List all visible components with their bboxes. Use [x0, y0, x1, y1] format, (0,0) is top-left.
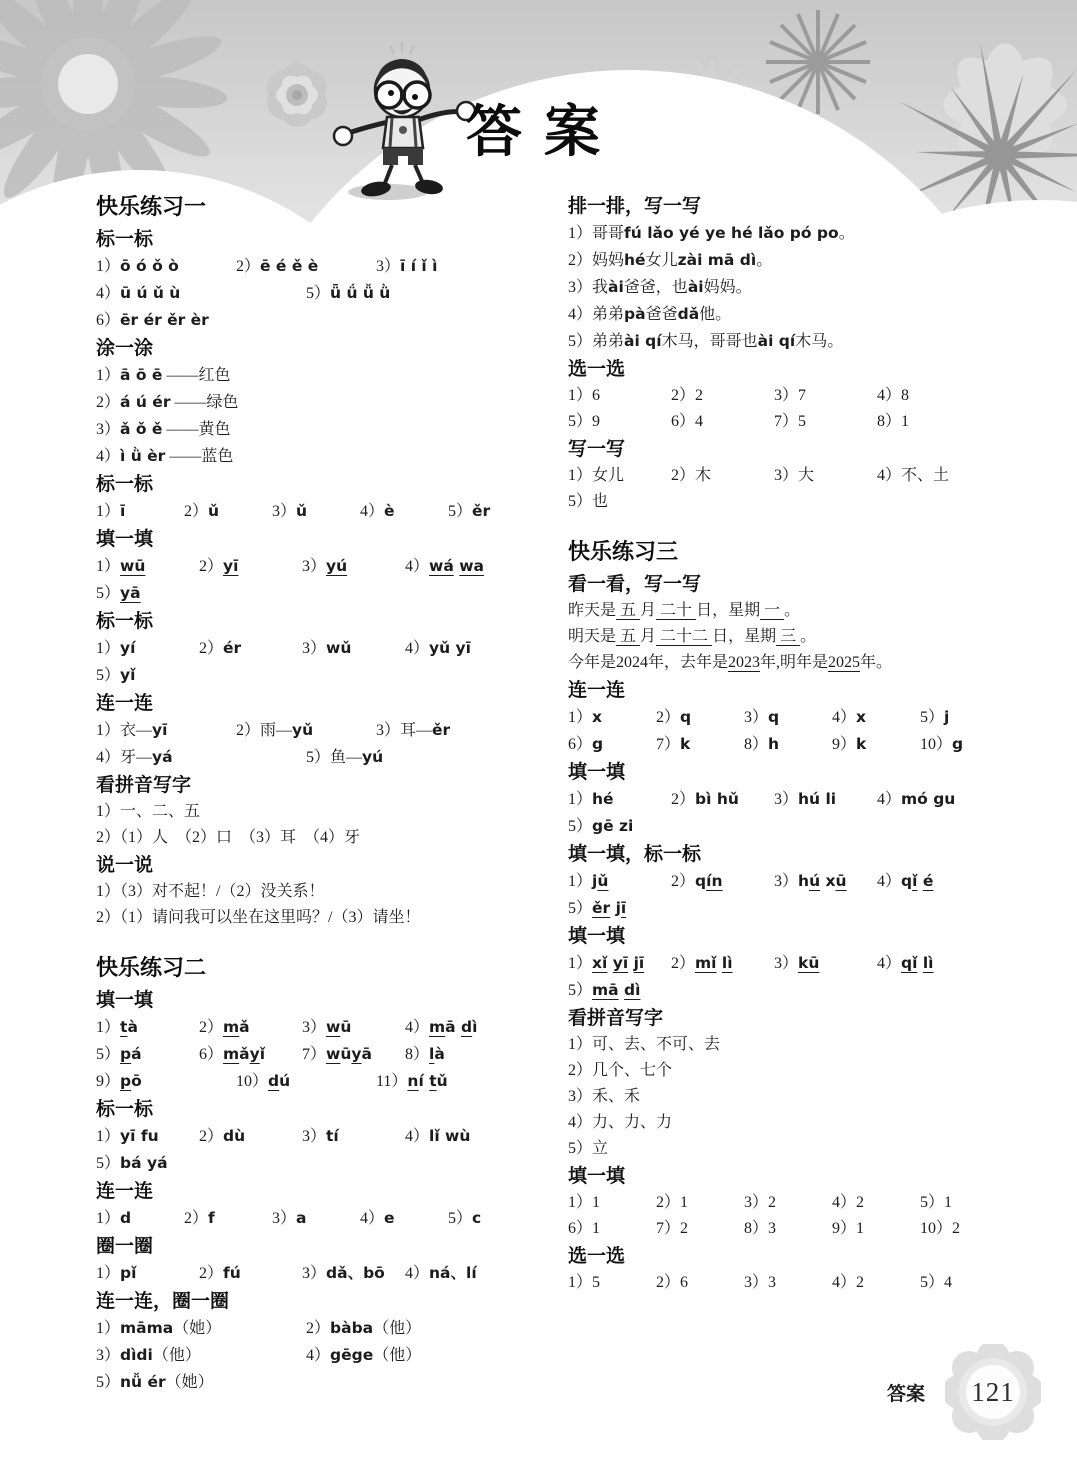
answer-cell: 4）mó gu: [877, 786, 980, 813]
block-heading: 填一填: [568, 761, 1014, 783]
answer-line: 1）wū2）yī3）yú4）wá wa: [96, 553, 542, 580]
answer-cell: 2）bàba（他）: [306, 1315, 516, 1342]
answer-cell: 4）wá wa: [405, 553, 508, 580]
answer-cell: 4）2: [832, 1270, 920, 1296]
answer-cell: 4）e: [360, 1205, 448, 1232]
answer-line: 5）bá yá: [96, 1150, 542, 1177]
block-heading: 填一填: [568, 925, 1014, 947]
block-heading: 连一连，圈一圈: [96, 1290, 542, 1312]
answer-cell: 6）4: [671, 409, 774, 435]
answer-line: 1）yí2）ér3）wǔ4）yǔ yī: [96, 635, 542, 662]
block-heading: 连一连: [96, 1180, 542, 1202]
answer-cell: 4）gēge（他）: [306, 1342, 516, 1369]
answer-cell: 3）dǎ、bō: [302, 1260, 405, 1287]
answer-cell: 3）2: [744, 1190, 832, 1216]
answer-cell: 11）ní tǔ: [376, 1068, 516, 1095]
answer-cell: 1）x: [568, 704, 656, 731]
answer-line: 1）tà2）mǎ3）wū4）mā dì: [96, 1014, 542, 1041]
exercise-title: 快乐练习一: [96, 194, 542, 222]
answer-line: 1）d2）f3）a4）e5）c: [96, 1205, 542, 1232]
answer-line: 5）也: [568, 489, 1014, 515]
answer-line: 5）mā dì: [568, 977, 1014, 1004]
answer-line: 4）牙—yá5）鱼—yú: [96, 744, 542, 771]
answer-line: 1）一、二、五: [96, 799, 542, 825]
answer-cell: 3）dìdi（他）: [96, 1342, 306, 1369]
block-heading: 标一标: [96, 228, 542, 250]
answer-line: 1）ō ó ǒ ò2）ē é ě è3）ī í ǐ ì: [96, 253, 542, 280]
answer-line: 4）ū ú ǔ ù5）ǖ ǘ ǚ ǜ: [96, 280, 542, 307]
answer-cell: 5）c: [448, 1205, 536, 1232]
answer-cell: 3）耳—ěr: [376, 717, 516, 744]
answer-cell: 5）nǚ ér（她）: [96, 1369, 214, 1396]
answer-line: 3）禾、禾: [568, 1084, 1014, 1110]
answer-cell: 8）1: [877, 409, 980, 435]
answer-line: 2）妈妈hé女儿zài mā dì。: [568, 247, 1014, 274]
answer-cell: 2）f: [184, 1205, 272, 1232]
left-column: 快乐练习一标一标1）ō ó ǒ ò2）ē é ě è3）ī í ǐ ì4）ū ú…: [96, 192, 542, 1396]
answer-line: 1）māma（她）2）bàba（他）: [96, 1315, 542, 1342]
answer-cell: 1）ī: [96, 498, 184, 525]
answer-line: 3）ǎ ǒ ě ——黄色: [96, 416, 542, 443]
answer-cell: 1）tà: [96, 1014, 199, 1041]
block-heading: 填一填: [96, 989, 542, 1011]
answer-cell: 6）ēr ér ěr èr: [96, 307, 209, 334]
answer-cell: 10）g: [920, 731, 1008, 758]
answer-line: 2）á ú ér ——绿色: [96, 389, 542, 416]
answer-cell: 3）ī í ǐ ì: [376, 253, 516, 280]
answer-line: 3）我ài爸爸，也ài妈妈。: [568, 274, 1014, 301]
answer-line: 1）yī fu2）dù3）tí4）lǐ wù: [96, 1123, 542, 1150]
answer-cell: 4）不、土: [877, 463, 980, 489]
answer-cell: 7）wūyā: [302, 1041, 405, 1068]
answer-cell: 1）hé: [568, 786, 671, 813]
answer-line: 5）ěr jī: [568, 895, 1014, 922]
answer-line: 1）hé2）bì hǔ3）hú li4）mó gu: [568, 786, 1014, 813]
answer-cell: 2）dù: [199, 1123, 302, 1150]
answer-cell: 5）pá: [96, 1041, 199, 1068]
answer-cell: 8）là: [405, 1041, 508, 1068]
answer-line: 1）xǐ yī jī2）mǐ lì3）kū4）qǐ lì: [568, 950, 1014, 977]
answer-cell: 4）lǐ wù: [405, 1123, 508, 1150]
answer-cell: 2）ér: [199, 635, 302, 662]
answer-line: 1）52）63）34）25）4: [568, 1270, 1014, 1296]
answer-cell: 4）x: [832, 704, 920, 731]
exercise-title: 快乐练习三: [568, 539, 1014, 567]
block-heading: 看拼音写字: [568, 1007, 1014, 1029]
block-heading: 圈一圈: [96, 1235, 542, 1257]
answer-cell: 5）ěr: [448, 498, 536, 525]
answer-cell: 1）wū: [96, 553, 199, 580]
answer-cell: 1）5: [568, 1270, 656, 1296]
block-heading: 选一选: [568, 358, 1014, 380]
exercise-title: 快乐练习二: [96, 955, 542, 983]
answer-cell: 2）6: [656, 1270, 744, 1296]
answer-line: 昨天是 五 月 二十 日，星期 一 。: [568, 598, 1014, 624]
answer-cell: 10）dú: [236, 1068, 376, 1095]
starburst-icon: [766, 10, 870, 114]
block-heading: 说一说: [96, 854, 542, 876]
answer-line: 5）立: [568, 1136, 1014, 1162]
answers-content: 快乐练习一标一标1）ō ó ǒ ò2）ē é ě è3）ī í ǐ ì4）ū ú…: [96, 192, 1046, 1396]
answer-cell: 4）qǐ é: [877, 868, 980, 895]
answer-cell: 2）1: [656, 1190, 744, 1216]
answer-line: 5）弟弟ài qí木马，哥哥也ài qí木马。: [568, 328, 1014, 355]
answer-cell: 5）bá yá: [96, 1150, 199, 1177]
answer-cell: 2）ē é ě è: [236, 253, 376, 280]
answer-cell: 9）pō: [96, 1068, 236, 1095]
right-column: 排一排，写一写1）哥哥fú lǎo yé ye hé lǎo pó po。2）妈…: [568, 192, 1014, 1396]
answer-cell: 1）pǐ: [96, 1260, 199, 1287]
answer-line: 1）62）23）74）8: [568, 383, 1014, 409]
block-heading: 标一标: [96, 473, 542, 495]
answer-line: 1）x2）q3）q4）x5）j: [568, 704, 1014, 731]
answer-cell: 1）yí: [96, 635, 199, 662]
answer-cell: 3）tí: [302, 1123, 405, 1150]
block-heading: 看拼音写字: [96, 774, 542, 796]
answer-line: 1）女儿2）木3）大4）不、土: [568, 463, 1014, 489]
answer-cell: 5）9: [568, 409, 671, 435]
answer-line: 1）jǔ2）qín3）hú xū4）qǐ é: [568, 868, 1014, 895]
answer-cell: 3）kū: [774, 950, 877, 977]
answer-cell: 3）wǔ: [302, 635, 405, 662]
answer-line: 1）12）13）24）25）1: [568, 1190, 1014, 1216]
answer-cell: 4）qǐ lì: [877, 950, 980, 977]
answer-line: 2）（1）人 （2）口 （3）耳 （4）牙: [96, 825, 542, 851]
answer-cell: 5）1: [920, 1190, 1008, 1216]
answer-cell: 4）yǔ yī: [405, 635, 508, 662]
answer-cell: 1）d: [96, 1205, 184, 1232]
answer-cell: 3）wū: [302, 1014, 405, 1041]
answer-cell: 5）ěr jī: [568, 895, 671, 922]
answer-cell: 4）ū ú ǔ ù: [96, 280, 306, 307]
answer-line: 3）dìdi（他）4）gēge（他）: [96, 1342, 542, 1369]
answer-cell: 7）k: [656, 731, 744, 758]
answer-line: 4）ì ǜ èr ——蓝色: [96, 443, 542, 470]
page-number-flower-badge: 121: [945, 1344, 1041, 1440]
answer-cell: 2）木: [671, 463, 774, 489]
mascot-illustration: [328, 40, 484, 204]
answer-cell: 3）7: [774, 383, 877, 409]
answer-cell: 2）fú: [199, 1260, 302, 1287]
answer-cell: 5）也: [568, 489, 671, 515]
block-heading: 涂一涂: [96, 337, 542, 359]
block-heading: 看一看，写一写: [568, 573, 1014, 595]
answer-cell: 5）j: [920, 704, 1008, 731]
answer-cell: 4）2: [832, 1190, 920, 1216]
answer-line: 1）哥哥fú lǎo yé ye hé lǎo pó po。: [568, 220, 1014, 247]
answer-line: 2）（1）请问我可以坐在这里吗？/（3）请坐！: [96, 905, 542, 931]
answer-cell: 3）大: [774, 463, 877, 489]
page-title: 答案: [466, 88, 622, 168]
answer-cell: 2）雨—yǔ: [236, 717, 376, 744]
answer-cell: 3）yú: [302, 553, 405, 580]
answer-cell: 8）h: [744, 731, 832, 758]
answer-cell: 5）yǐ: [96, 662, 199, 689]
answer-cell: 4）mā dì: [405, 1014, 508, 1041]
answer-cell: 8）3: [744, 1216, 832, 1242]
answer-cell: 5）yā: [96, 580, 199, 607]
answer-line: 6）g7）k8）h9）k10）g: [568, 731, 1014, 758]
answer-cell: 7）2: [656, 1216, 744, 1242]
block-heading: 填一填，标一标: [568, 843, 1014, 865]
answer-line: 5）96）47）58）1: [568, 409, 1014, 435]
answer-cell: 1）māma（她）: [96, 1315, 306, 1342]
answer-line: 今年是2024年，去年是2023年,明年是2025年。: [568, 650, 1014, 676]
answer-line: 5）nǚ ér（她）: [96, 1369, 542, 1396]
block-heading: 填一填: [96, 528, 542, 550]
page-number: 121: [945, 1344, 1041, 1440]
answer-cell: 2）q: [656, 704, 744, 731]
answer-cell: 5）gē zi: [568, 813, 671, 840]
answer-cell: 1）ō ó ǒ ò: [96, 253, 236, 280]
answer-cell: 2）yī: [199, 553, 302, 580]
answer-line: 4）弟弟pà爸爸dǎ他。: [568, 301, 1014, 328]
answer-cell: 9）1: [832, 1216, 920, 1242]
answer-cell: 6）g: [568, 731, 656, 758]
block-heading: 标一标: [96, 610, 542, 632]
answer-line: 6）17）28）39）110）2: [568, 1216, 1014, 1242]
answer-line: 5）pá6）mǎyǐ7）wūyā8）là: [96, 1041, 542, 1068]
answer-line: 1）ī2）ǔ3）ǔ4）è5）ěr: [96, 498, 542, 525]
answer-cell: 2）qín: [671, 868, 774, 895]
answer-line: 4）力、力、力: [568, 1110, 1014, 1136]
answer-cell: 3）a: [272, 1205, 360, 1232]
block-heading: 排一排，写一写: [568, 195, 1014, 217]
answer-line: 5）yǐ: [96, 662, 542, 689]
page-footer: 答案 121: [887, 1344, 1041, 1440]
answer-cell: 3）q: [744, 704, 832, 731]
answer-cell: 5）mā dì: [568, 977, 671, 1004]
answer-line: 5）gē zi: [568, 813, 1014, 840]
answer-line: 5）yā: [96, 580, 542, 607]
block-heading: 连一连: [96, 692, 542, 714]
answer-cell: 4）8: [877, 383, 980, 409]
answer-line: 1）ā ō ē ——红色: [96, 362, 542, 389]
answer-cell: 1）衣—yī: [96, 717, 236, 744]
answer-cell: 1）jǔ: [568, 868, 671, 895]
answer-cell: 7）5: [774, 409, 877, 435]
answer-cell: 2）mǐ lì: [671, 950, 774, 977]
answer-line: 1）（3）对不起！/（2）没关系！: [96, 879, 542, 905]
answer-line: 2）几个、七个: [568, 1058, 1014, 1084]
answer-cell: 1）xǐ yī jī: [568, 950, 671, 977]
answer-line: 1）pǐ2）fú3）dǎ、bō4）ná、lí: [96, 1260, 542, 1287]
answer-cell: 2）2: [671, 383, 774, 409]
block-heading: 标一标: [96, 1098, 542, 1120]
answer-cell: 2）bì hǔ: [671, 786, 774, 813]
answer-cell: 4）è: [360, 498, 448, 525]
answer-cell: 10）2: [920, 1216, 1008, 1242]
block-heading: 选一选: [568, 1245, 1014, 1267]
answer-line: 9）pō10）dú11）ní tǔ: [96, 1068, 542, 1095]
answer-cell: 1）1: [568, 1190, 656, 1216]
answer-line: 1）可、去、不可、去: [568, 1032, 1014, 1058]
answer-cell: 1）女儿: [568, 463, 671, 489]
answer-cell: 9）k: [832, 731, 920, 758]
block-heading: 写一写: [568, 438, 1014, 460]
answer-cell: 5）ǖ ǘ ǚ ǜ: [306, 280, 516, 307]
answer-line: 6）ēr ér ěr èr: [96, 307, 542, 334]
answer-cell: 6）1: [568, 1216, 656, 1242]
footer-section-label: 答案: [887, 1379, 925, 1406]
answer-cell: 1）yī fu: [96, 1123, 199, 1150]
answer-cell: 4）牙—yá: [96, 744, 306, 771]
answer-line: 明天是 五 月 二十二 日，星期 三 。: [568, 624, 1014, 650]
answer-cell: 5）4: [920, 1270, 1008, 1296]
answer-cell: 3）hú li: [774, 786, 877, 813]
block-heading: 填一填: [568, 1165, 1014, 1187]
answer-cell: 1）6: [568, 383, 671, 409]
answer-cell: 2）mǎ: [199, 1014, 302, 1041]
answer-cell: 4）ná、lí: [405, 1260, 508, 1287]
answer-cell: 5）鱼—yú: [306, 744, 516, 771]
mascot-shorts: [383, 148, 423, 165]
answer-line: 1）衣—yī2）雨—yǔ3）耳—ěr: [96, 717, 542, 744]
answer-cell: 2）ǔ: [184, 498, 272, 525]
answer-cell: 3）hú xū: [774, 868, 877, 895]
answer-cell: 3）3: [744, 1270, 832, 1296]
block-heading: 连一连: [568, 679, 1014, 701]
answer-cell: 3）ǔ: [272, 498, 360, 525]
answer-cell: 6）mǎyǐ: [199, 1041, 302, 1068]
